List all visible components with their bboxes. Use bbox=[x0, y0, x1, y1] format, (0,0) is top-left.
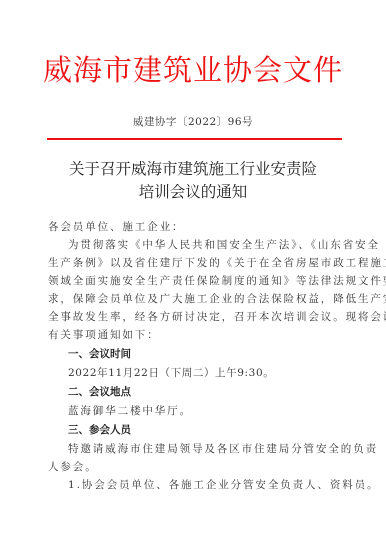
intro-paragraph-line: 领域全面实施安全生产责任保险制度的通知》等法律法规文件要 bbox=[48, 272, 346, 290]
section-heading-location: 二、会议地点 bbox=[68, 383, 131, 401]
notice-subject: 关于召开威海市建筑施工行业安责险 培训会议的通知 bbox=[0, 158, 386, 204]
red-divider-line bbox=[47, 138, 342, 140]
document-header-title: 威海市建筑业协会文件 bbox=[0, 52, 386, 88]
intro-paragraph-line: 生产条例》以及省住建厅下发的《关于在全省房屋市政工程施工 bbox=[48, 254, 346, 272]
document-number: 威建协字〔2022〕96号 bbox=[0, 115, 386, 129]
salutation: 各会员单位、施工企业： bbox=[48, 218, 346, 236]
intro-paragraph-line: 求，保障会员单位及广大施工企业的合法保险权益，降低生产安 bbox=[48, 290, 346, 308]
section-heading-attendees: 三、参会人员 bbox=[68, 421, 131, 439]
meeting-location: 蓝海御华二楼中华厅。 bbox=[68, 402, 366, 420]
attendees-line: 1.协会会员单位、各施工企业分管安全负责人、资料员。 bbox=[68, 476, 366, 494]
intro-paragraph-line: 有关事项通知如下： bbox=[48, 326, 346, 344]
intro-paragraph-line: 为贯彻落实《中华人民共和国安全生产法》、《山东省安全 bbox=[68, 236, 366, 254]
subject-line: 培训会议的通知 bbox=[0, 181, 386, 204]
attendees-line: 人参会。 bbox=[48, 458, 346, 476]
intro-paragraph-line: 全事故发生率，经各方研讨决定，召开本次培训会议。现将会议 bbox=[48, 308, 346, 326]
meeting-time: 2022年11月22日（下周二）上午9:30。 bbox=[68, 364, 366, 382]
document-page: 威海市建筑业协会文件 威建协字〔2022〕96号 关于召开威海市建筑施工行业安责… bbox=[0, 0, 386, 551]
subject-line: 关于召开威海市建筑施工行业安责险 bbox=[0, 158, 386, 181]
section-heading-time: 一、会议时间 bbox=[68, 345, 131, 363]
attendees-line: 特邀请威海市住建局领导及各区市住建局分管安全的负责 bbox=[68, 440, 366, 458]
